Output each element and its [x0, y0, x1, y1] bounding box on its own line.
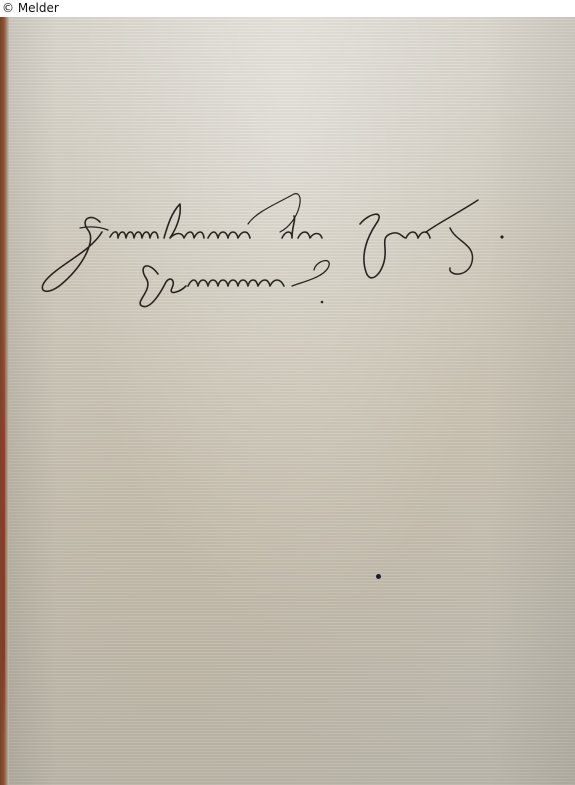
binding-red-stain: [2, 317, 5, 737]
credit-label: © Melder: [2, 1, 59, 15]
document-photo: Inventarium der Schatz Kammer: [0, 17, 575, 785]
ink-spot: [376, 574, 381, 579]
photo-credit: © Melder: [0, 0, 575, 17]
handwritten-title: [30, 182, 530, 312]
